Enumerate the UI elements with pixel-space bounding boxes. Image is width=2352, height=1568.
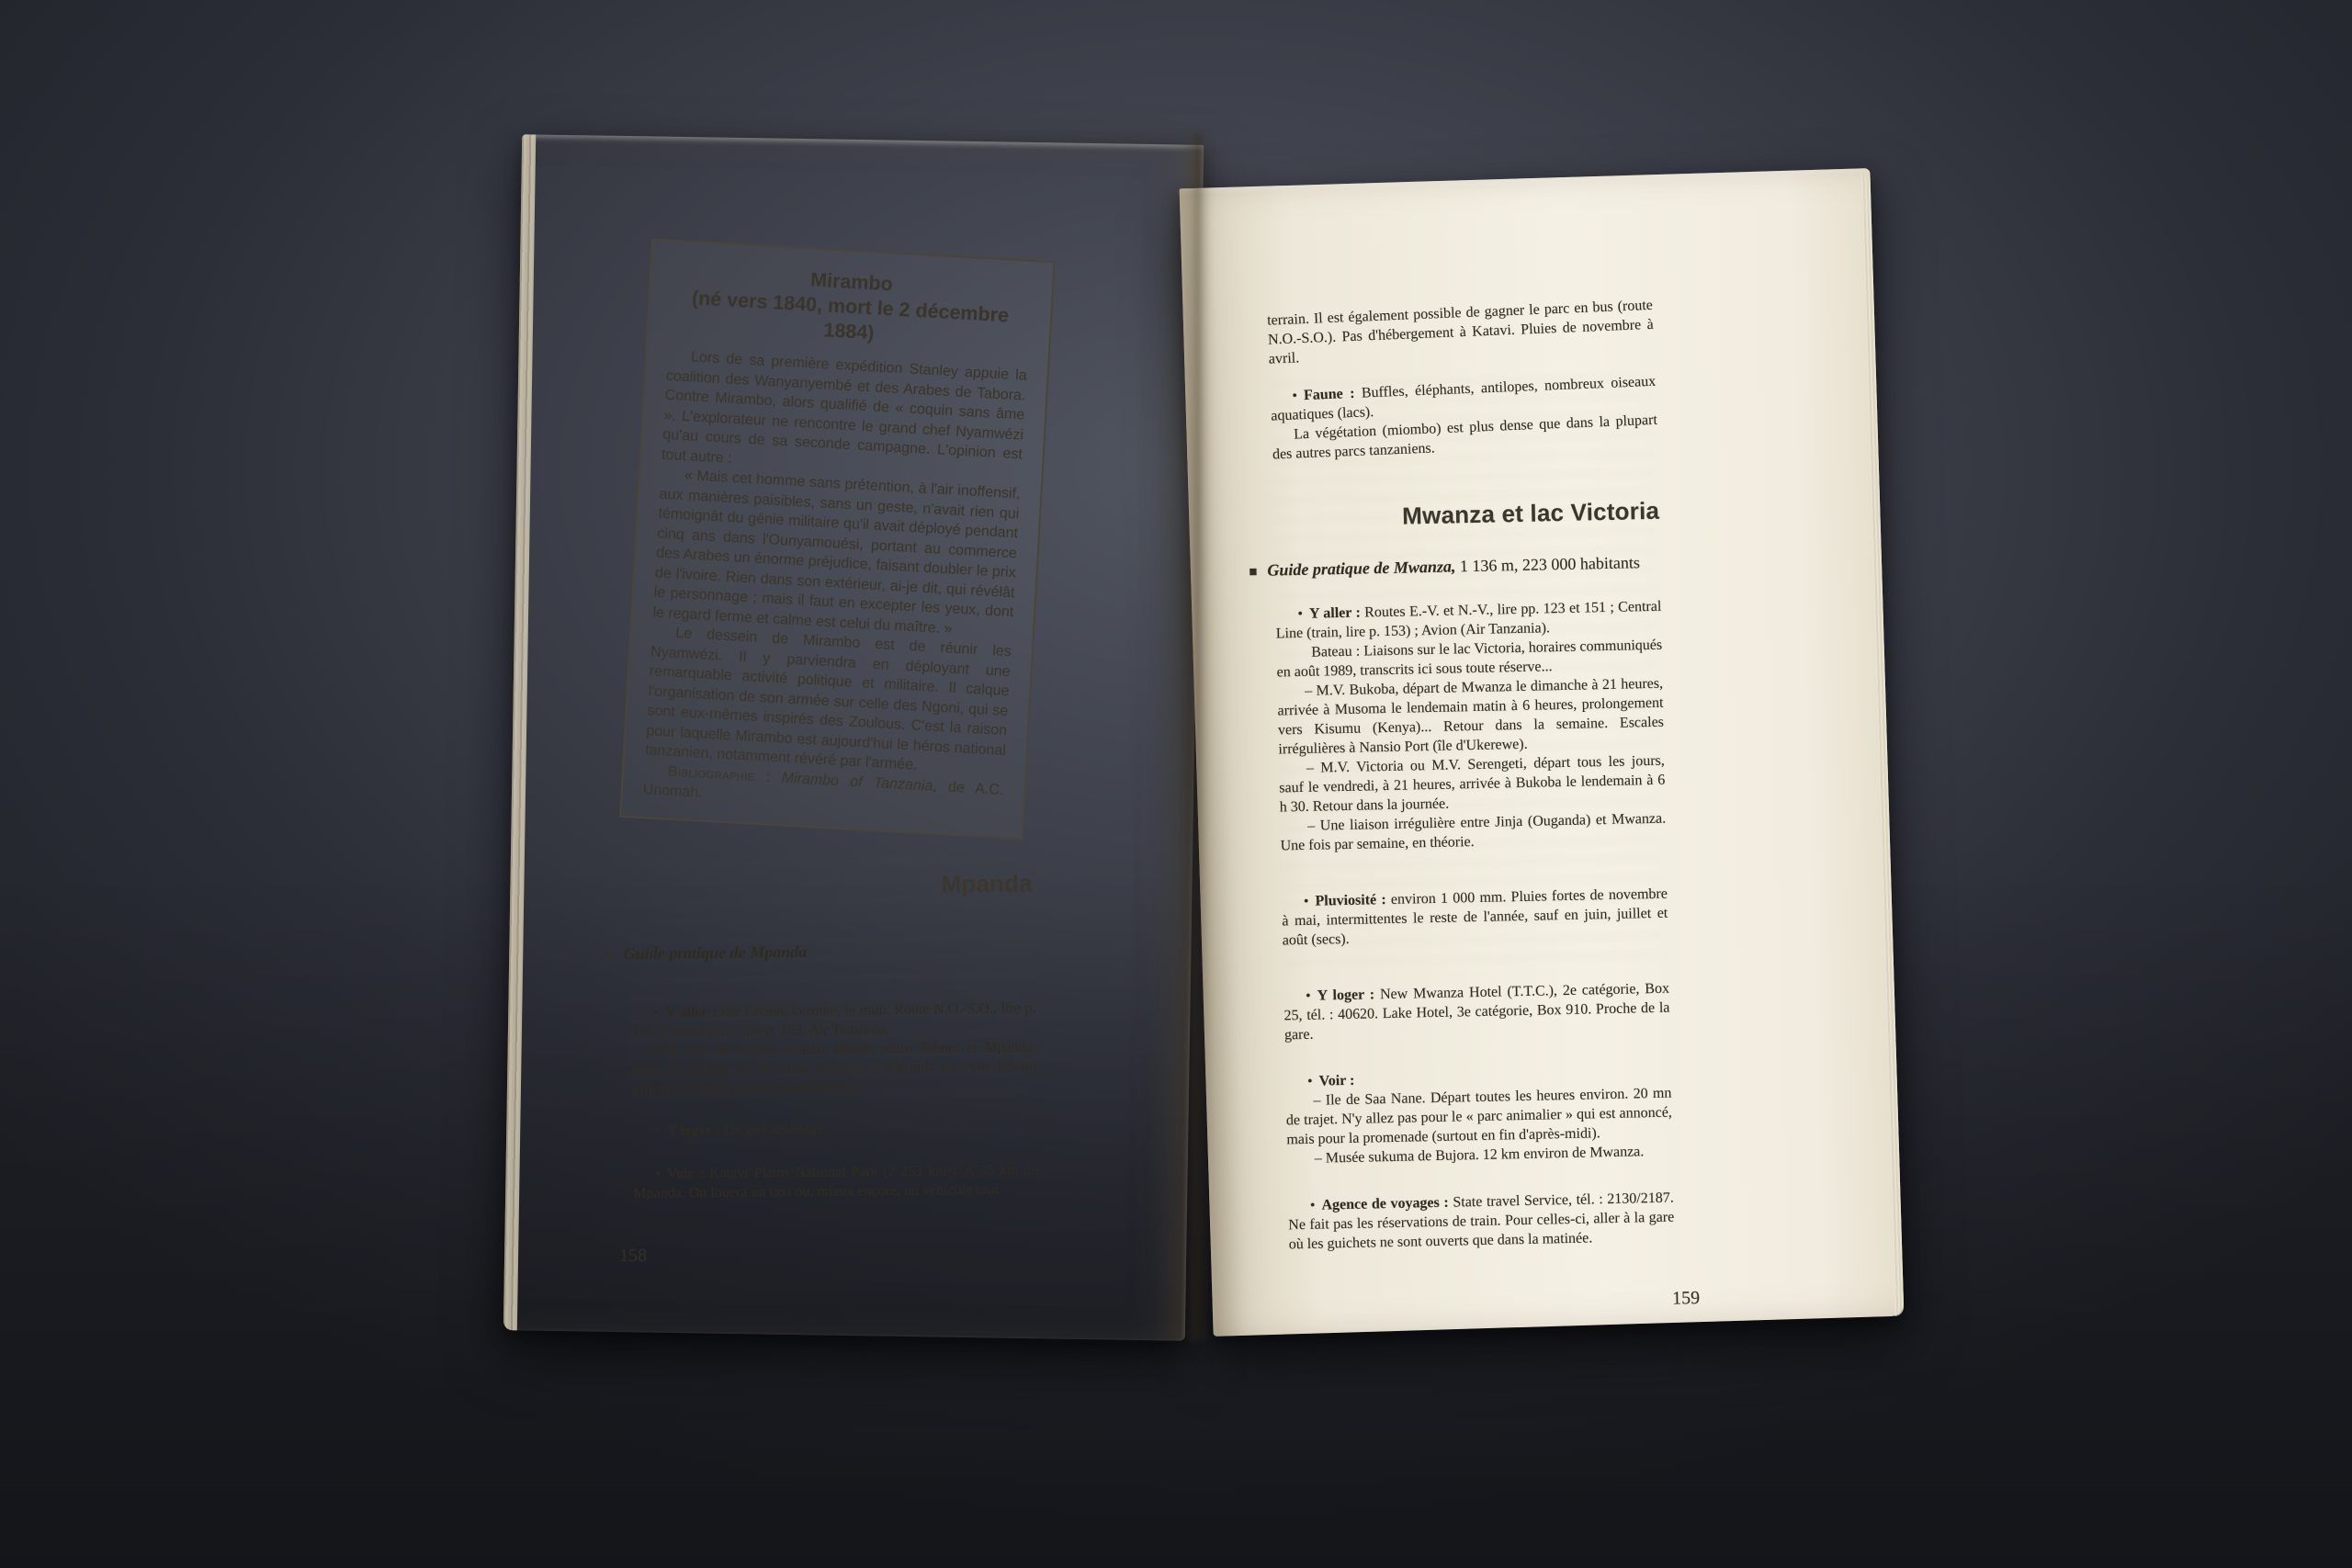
mwanza-agence-paragraph: •Agence de voyages : State travel Servic… [1288,1189,1675,1255]
bullet-icon: • [1306,988,1317,1004]
page-number-159: 159 [1290,1288,1700,1317]
nb-label: N.B. [654,1043,681,1058]
mwanza-y-loger-paragraph: •Y loger : New Mwanza Hotel (T.T.C.), 2e… [1283,979,1670,1045]
box-paragraph-1: Lors de sa première expédition Stanley a… [661,346,1028,485]
left-page-lower-content: Mpanda ■Guide pratique de Mpanda •Y alle… [630,869,1038,1267]
black-square-icon: ■ [1249,565,1267,580]
section-heading-mpanda: Mpanda [630,869,1035,902]
mpanda-nb-paragraph: N.B. Pas de liaison routière directe ent… [632,1037,1037,1100]
voir-saa-nane-paragraph: – Ile de Saa Nane. Départ toutes les heu… [1285,1084,1672,1150]
guide-pratique-mwanza-details: 1 136 m, 223 000 habitants [1455,553,1640,575]
y-loger-label: Y loger : [1317,987,1375,1003]
mpanda-voir-paragraph: •Voir : Katavi Plains National Park (2 2… [633,1160,1037,1203]
right-page: terrain. Il est également possible de ga… [1180,168,1905,1337]
mwanza-pluviosite-paragraph: •Pluviosité : environ 1 000 mm. Pluies f… [1282,885,1668,951]
agence-label: Agence de voyages : [1321,1195,1449,1213]
right-page-main-content: Mwanza et lac Victoria ■Guide pratique d… [1273,497,1676,1318]
box-title: Mirambo (né vers 1840, mort le 2 décembr… [669,260,1033,355]
bullet-icon: • [1310,1198,1322,1213]
box-paragraph-3: Le dessein de Mirambo est de réunir les … [645,622,1012,780]
guide-pratique-mwanza-label: Guide pratique de Mwanza, [1267,557,1455,579]
mpanda-y-loger-paragraph: •Y loger : Un gîte aménagé. [633,1117,1037,1141]
guide-pratique-mwanza-line: ■Guide pratique de Mwanza, 1 136 m, 223 … [1249,551,1660,583]
mpanda-y-aller-paragraph: •Y aller : Par l'avion, la route, le tra… [631,998,1035,1042]
y-loger-text: Un gîte aménagé. [720,1121,828,1137]
y-aller-label: Y aller : [1309,605,1361,622]
mirambo-sidebar-box: Mirambo (né vers 1840, mort le 2 décembr… [619,239,1056,840]
black-square-icon: ■ [605,948,624,963]
page-stack-edge-left [503,134,536,1330]
box-title-line2: (né vers 1840, mort le 2 décembre 1884) [691,287,1009,344]
bullet-icon: • [655,1166,667,1181]
guide-pratique-mpanda-label: Guide pratique de Mpanda [624,942,808,962]
y-loger-label: Y loger : [666,1122,720,1138]
pluviosite-label: Pluviosité : [1315,892,1386,909]
bibliography-label: Bibliographie [667,763,755,784]
bullet-icon: • [655,1122,667,1138]
section-heading-mwanza: Mwanza et lac Victoria [1273,497,1660,534]
bullet-icon: • [1304,894,1316,909]
bullet-icon: • [1292,388,1304,403]
bullet-icon: • [1307,1074,1319,1089]
guide-pratique-mpanda-line: ■Guide pratique de Mpanda [605,938,1035,966]
page-number-158: 158 [619,1241,1038,1267]
jinja-liaison-paragraph: – Une liaison irrégulière entre Jinja (O… [1280,809,1667,856]
mv-victoria-paragraph: – M.V. Victoria ou M.V. Serengeti, dépar… [1279,751,1666,818]
voir-label: Voir : [1318,1073,1354,1089]
bibliography-separator: : [754,768,782,785]
faune-label: Faune : [1304,386,1355,403]
page-stack-edge-right [1860,174,1904,1316]
bullet-icon: • [653,1004,665,1020]
box-title-line1: Mirambo [810,268,894,295]
bullet-icon: • [1297,606,1309,622]
open-book: Mirambo (né vers 1840, mort le 2 décembr… [507,125,1904,1347]
mv-bukoba-paragraph: – M.V. Bukoba, départ de Mwanza le diman… [1277,674,1665,760]
right-page-upper-content: terrain. Il est également possible de ga… [1267,296,1658,465]
left-page: Mirambo (né vers 1840, mort le 2 décembr… [503,134,1204,1340]
box-paragraph-2: « Mais cet homme sans prétention, à l'ai… [652,465,1021,643]
katavi-continuation-paragraph: terrain. Il est également possible de ga… [1267,296,1655,369]
nb-text: Pas de liaison routière directe entre Ta… [632,1039,1036,1098]
y-aller-label: Y aller : [665,1003,717,1020]
voir-label: Voir : [667,1166,705,1181]
photo-background: Mirambo (né vers 1840, mort le 2 décembr… [0,0,2352,1568]
